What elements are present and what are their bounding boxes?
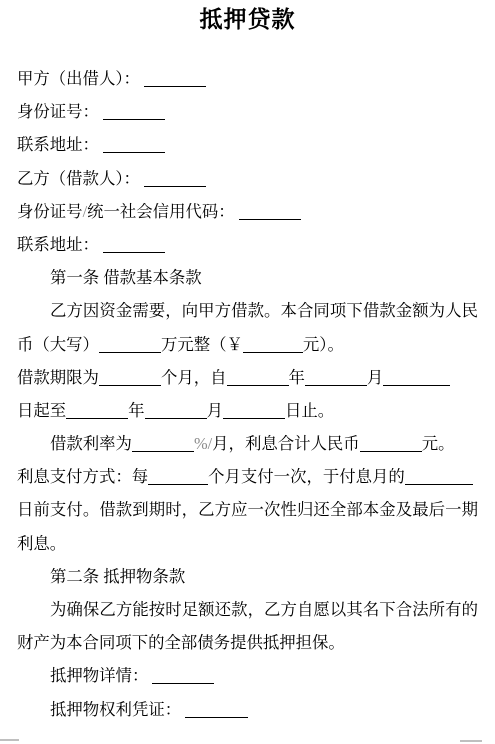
contract-page: 抵押贷款 甲方（出借人）： 身份证号： 联系地址： 乙方（借款人）： 身份证号/… bbox=[0, 0, 495, 744]
text-segment: 利息支付方式：每 bbox=[17, 467, 148, 486]
text-segment: 利息。 bbox=[17, 534, 66, 553]
text-segment: 财产为本合同项下的全部债务提供抵押担保。 bbox=[17, 633, 345, 652]
blank-field bbox=[66, 404, 128, 419]
text-segment: 借款利率为 bbox=[50, 434, 132, 453]
blank-field bbox=[99, 371, 161, 386]
blank-field bbox=[239, 205, 301, 220]
text-segment: %/ bbox=[194, 434, 212, 453]
blank-field bbox=[144, 72, 206, 87]
text-segment: 乙方（借款人）： bbox=[17, 169, 144, 188]
text-segment: 月 bbox=[207, 401, 223, 420]
interest-rate-line: 借款利率为%/月，利息合计人民币元。 bbox=[17, 427, 478, 460]
loan-amount-line-1: 乙方因资金需要，向甲方借款。本合同项下借款金额为人民 bbox=[17, 294, 478, 327]
party-a-line: 甲方（出借人）： bbox=[17, 62, 478, 95]
text-segment: 个月，自 bbox=[161, 368, 227, 387]
text-segment: 日起至 bbox=[17, 401, 66, 420]
interest-payment-line-3: 利息。 bbox=[17, 527, 478, 560]
loan-term-line-1: 借款期限为个月，自年月 bbox=[17, 361, 478, 394]
text-segment: 年 bbox=[128, 401, 144, 420]
text-segment: 个月支付一次，于付息月的 bbox=[208, 467, 405, 486]
text-segment: 联系地址： bbox=[17, 235, 103, 254]
document-title: 抵押贷款 bbox=[0, 5, 495, 35]
interest-payment-line-1: 利息支付方式：每个月支付一次，于付息月的 bbox=[17, 460, 478, 493]
text-segment: 甲方（出借人）： bbox=[17, 69, 144, 88]
text-segment: 日前支付。借款到期时，乙方应一次性归还全部本金及最后一期 bbox=[17, 500, 478, 519]
article-2-heading: 第二条 抵押物条款 bbox=[17, 560, 478, 593]
blank-field bbox=[103, 138, 165, 153]
text-segment: 统一社会信用代码： bbox=[87, 202, 239, 221]
party-b-line: 乙方（借款人）： bbox=[17, 162, 478, 195]
text-segment: 抵押物权利凭证： bbox=[50, 700, 185, 719]
loan-amount-line-2: 币（大写）万元整（￥元）。 bbox=[17, 328, 478, 361]
article-1-heading: 第一条 借款基本条款 bbox=[17, 261, 478, 294]
party-a-address-line: 联系地址： bbox=[17, 128, 478, 161]
page-edge-artifact-left bbox=[0, 739, 19, 741]
text-segment: 月 bbox=[367, 368, 383, 387]
loan-term-line-2: 日起至年月日止。 bbox=[17, 394, 478, 427]
blank-field bbox=[99, 338, 161, 353]
text-segment: 万元整（￥ bbox=[161, 335, 243, 354]
blank-field bbox=[144, 172, 206, 187]
blank-field bbox=[227, 371, 289, 386]
text-segment: 联系地址： bbox=[17, 135, 103, 154]
text-segment: 币（大写） bbox=[17, 335, 99, 354]
blank-field bbox=[243, 338, 303, 353]
blank-field bbox=[405, 470, 473, 485]
page-edge-artifact-right bbox=[460, 740, 482, 742]
collateral-detail-line: 抵押物详情： bbox=[17, 659, 478, 692]
text-segment: 抵押物详情： bbox=[50, 666, 152, 685]
text-segment: 乙方因资金需要，向甲方借款。本合同项下借款金额为人民 bbox=[50, 301, 478, 320]
text-segment: 元。 bbox=[422, 434, 455, 453]
text-segment: 元）。 bbox=[303, 335, 344, 354]
text-segment: 为确保乙方能按时足额还款，乙方自愿以其名下合法所有的 bbox=[50, 600, 478, 619]
collateral-line-2: 财产为本合同项下的全部债务提供抵押担保。 bbox=[17, 626, 478, 659]
document-body: 甲方（出借人）： 身份证号： 联系地址： 乙方（借款人）： 身份证号/统一社会信… bbox=[17, 62, 478, 726]
blank-field bbox=[185, 703, 248, 718]
text-segment: 月，利息合计人民币 bbox=[212, 434, 360, 453]
text-segment: 第一条 借款基本条款 bbox=[50, 268, 202, 287]
blank-field bbox=[103, 238, 165, 253]
collateral-cert-line: 抵押物权利凭证： bbox=[17, 693, 478, 726]
blank-field bbox=[145, 404, 207, 419]
party-a-id-line: 身份证号： bbox=[17, 95, 478, 128]
text-segment: 身份证号： bbox=[17, 102, 103, 121]
blank-field bbox=[360, 437, 422, 452]
interest-payment-line-2: 日前支付。借款到期时，乙方应一次性归还全部本金及最后一期 bbox=[17, 493, 478, 526]
text-segment: 第二条 抵押物条款 bbox=[50, 567, 185, 586]
blank-field bbox=[152, 669, 214, 684]
blank-field bbox=[383, 371, 450, 386]
blank-field bbox=[103, 105, 165, 120]
party-b-address-line: 联系地址： bbox=[17, 228, 478, 261]
text-segment: 借款期限为 bbox=[17, 368, 99, 387]
text-segment: 日止。 bbox=[285, 401, 334, 420]
blank-field bbox=[148, 470, 208, 485]
party-b-id-line: 身份证号/统一社会信用代码： bbox=[17, 195, 478, 228]
text-segment: 年 bbox=[289, 368, 305, 387]
text-segment: 身份证号 bbox=[17, 202, 83, 221]
blank-field bbox=[132, 437, 194, 452]
collateral-line-1: 为确保乙方能按时足额还款，乙方自愿以其名下合法所有的 bbox=[17, 593, 478, 626]
blank-field bbox=[223, 404, 285, 419]
blank-field bbox=[305, 371, 367, 386]
